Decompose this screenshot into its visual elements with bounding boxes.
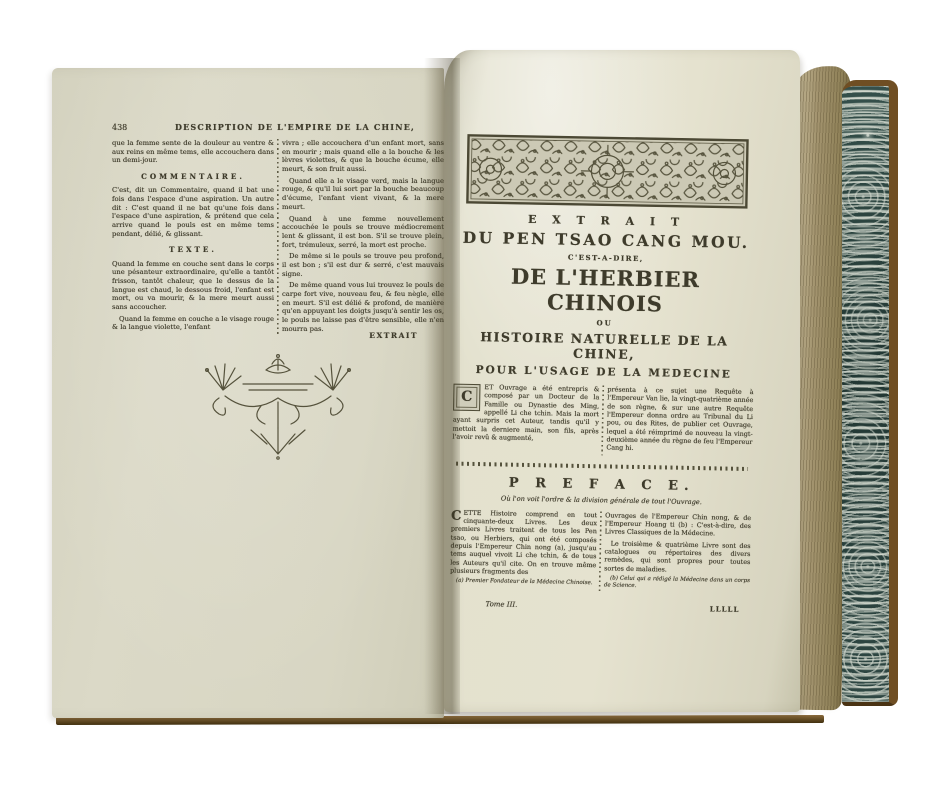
intro-column-2: présenta à ce sujet une Requête à l'Empe…	[606, 385, 753, 457]
title-line-usage-medecine: POUR L'USAGE DE LA MEDECINE	[454, 364, 754, 381]
foliage-tailpiece-ornament-icon	[193, 354, 363, 462]
tome-label: Tome III.	[485, 601, 517, 611]
left-page-column-2: vivra ; elle accouchera d'un enfant mort…	[282, 139, 444, 336]
ornamental-drop-cap: C	[453, 384, 480, 411]
preface-column-1: C ETTE Histoire comprend en tout cinquan…	[450, 508, 597, 592]
preface-columns: C ETTE Histoire comprend en tout cinquan…	[450, 508, 751, 595]
title-line-histoire-naturelle: HISTOIRE NATURELLE DE LA CHINE,	[454, 329, 754, 364]
paragraph: Quand à une femme nouvellement accouchée…	[282, 215, 444, 250]
paragraph: Ouvrages de l'Empereur Chin nong, & de l…	[605, 511, 751, 539]
preface-heading: P R E F A C E.	[452, 474, 752, 494]
preface-subtitle: Où l'on voit l'ordre & la division génér…	[451, 493, 751, 506]
paragraph: vivra ; elle accouchera d'un enfant mort…	[282, 139, 444, 174]
right-page: E X T R A I T DU PEN TSAO CANG MOU. C'ES…	[444, 50, 800, 712]
floral-headpiece-band-icon	[466, 134, 749, 209]
signature-mark: LLLLL	[710, 605, 740, 615]
title-line-herbier-chinois: DE L'HERBIER CHINOIS	[455, 263, 756, 318]
right-page-text-block: E X T R A I T DU PEN TSAO CANG MOU. C'ES…	[449, 50, 759, 615]
title-line-extrait: E X T R A I T	[456, 212, 756, 230]
running-title: DESCRIPTION DE L'EMPIRE DE LA CHINE,	[146, 122, 444, 132]
page-number: 438	[112, 123, 146, 132]
left-page-text-block: 438 DESCRIPTION DE L'EMPIRE DE LA CHINE,…	[112, 122, 444, 462]
paragraph: que la femme sente de la douleur au vent…	[112, 139, 274, 165]
photo-of-open-antique-book: 438 DESCRIPTION DE L'EMPIRE DE LA CHINE,…	[0, 0, 938, 789]
paragraph: De même quand vous lui trouvez le pouls …	[282, 281, 444, 333]
paragraph: C'est, dit un Commentaire, quand il bat …	[112, 186, 274, 238]
left-page-header: 438 DESCRIPTION DE L'EMPIRE DE LA CHINE,	[112, 122, 444, 132]
title-line-ou: OU	[455, 316, 755, 330]
title-line-pen-tsao: DU PEN TSAO CANG MOU.	[456, 228, 756, 252]
left-page-column-1: que la femme sente de la douleur au vent…	[112, 139, 274, 336]
paragraph: présenta à ce sujet une Requête à l'Empe…	[606, 385, 753, 454]
preface-column-2: Ouvrages de l'Empereur Chin nong, & de l…	[604, 511, 751, 595]
right-page-footer: Tome III. LLLLL	[449, 600, 749, 614]
intro-column-1: C ET Ouvrage a été entrepris & composé p…	[452, 383, 599, 455]
section-heading-texte: TEXTE.	[112, 245, 274, 254]
marbled-cover-board	[842, 80, 898, 706]
left-page-columns: que la femme sente de la douleur au vent…	[112, 139, 444, 336]
type-ornament-divider-row	[456, 461, 748, 470]
section-heading-commentaire: COMMENTAIRE.	[112, 172, 274, 181]
left-page: 438 DESCRIPTION DE L'EMPIRE DE LA CHINE,…	[52, 68, 444, 718]
intro-columns: C ET Ouvrage a été entrepris & composé p…	[452, 383, 753, 458]
column-divider-dotted-rule	[274, 139, 282, 336]
drop-cap: C	[451, 509, 462, 522]
paragraph: Quand la femme en couche a le visage rou…	[112, 315, 274, 332]
paragraph: De même si le pouls se trouve peu profon…	[282, 252, 444, 278]
footnote-b: (b) Celui qui a rédigé la Médecine dans …	[604, 575, 750, 592]
paragraph: Quand elle a le visage verd, mais la lan…	[282, 177, 444, 212]
catchword: EXTRAIT	[369, 331, 418, 340]
paragraph: ETTE Histoire comprend en tout cinquante…	[450, 508, 597, 577]
footnote-a: (a) Premier Fondateur de la Médecine Chi…	[450, 578, 596, 588]
paragraph: Quand la femme en couche sent dans le co…	[112, 260, 274, 312]
paragraph: Le troisième & quatrième Livre sont des …	[604, 539, 751, 575]
